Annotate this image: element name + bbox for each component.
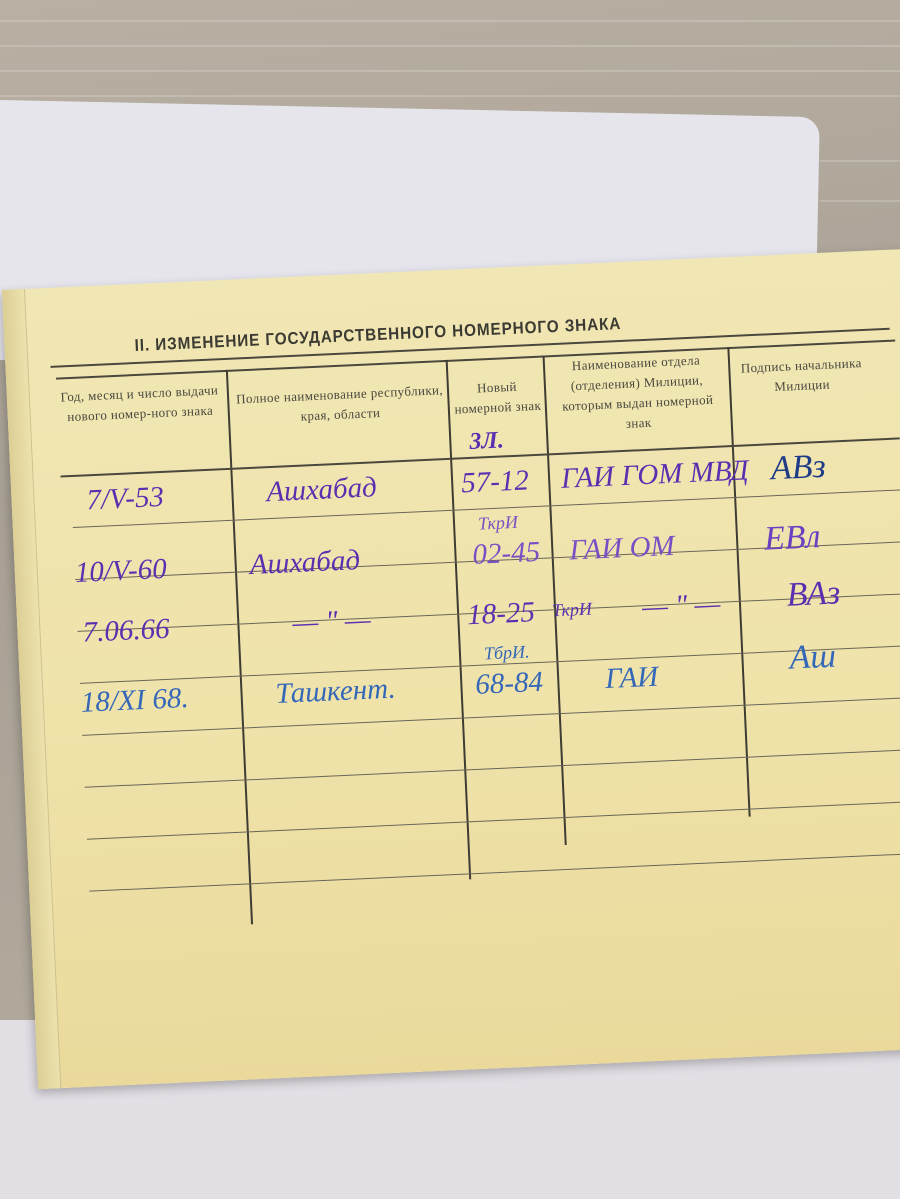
row-plate: 02-45 (472, 536, 541, 572)
column-header-signature: Подпись начальника Милиции (731, 353, 873, 399)
row-plate-note: ТбрИ. (484, 641, 530, 664)
section-title: II. ИЗМЕНЕНИЕ ГОСУДАРСТВЕННОГО НОМЕРНОГО… (134, 314, 621, 356)
row-signature: ЕВл (763, 518, 821, 559)
registration-booklet-page: II. ИЗМЕНЕНИЕ ГОСУДАРСТВЕННОГО НОМЕРНОГО… (2, 248, 900, 1089)
row-plate: 57-12 (461, 464, 530, 500)
row-date: 7.06.66 (82, 613, 170, 650)
row-department: — " — (641, 588, 721, 625)
column-header-new-plate: Новый номерной знак (452, 376, 544, 420)
column-header-date: Год, месяц и число выдачи нового номер-н… (56, 380, 223, 427)
row-region: Ашхабад (249, 544, 361, 582)
row-region: — " — (292, 604, 372, 641)
row-plate-suffix: ТкрИ (552, 599, 593, 622)
plate-change-table: Год, месяц и число выдачи нового номер-н… (56, 339, 900, 937)
header-handwritten-note: 3Л. (469, 427, 505, 456)
row-signature: АВз (770, 448, 826, 488)
column-header-region: Полное наименование республики, края, об… (232, 380, 449, 430)
row-date: 18/XI 68. (80, 682, 189, 720)
row-date: 7/V-53 (86, 481, 165, 517)
row-department: ГАИ (605, 661, 659, 696)
booklet-spine (2, 289, 61, 1089)
row-plate-note: ТкрИ (478, 512, 519, 535)
row-signature: Аш (789, 638, 837, 678)
row-plate: 68-84 (475, 666, 544, 702)
column-header-department: Наименование отдела (отделения) Милиции,… (546, 349, 729, 437)
row-department: ГАИ ГОМ МВД (560, 454, 749, 495)
row-date: 10/V-60 (74, 553, 167, 590)
row-signature: ВАз (786, 574, 841, 614)
row-department: ГАИ ОМ (569, 530, 676, 568)
row-region: Ашхабад (266, 471, 378, 509)
row-plate: 18-25 (467, 596, 536, 632)
row-region: Ташкент. (275, 673, 396, 711)
